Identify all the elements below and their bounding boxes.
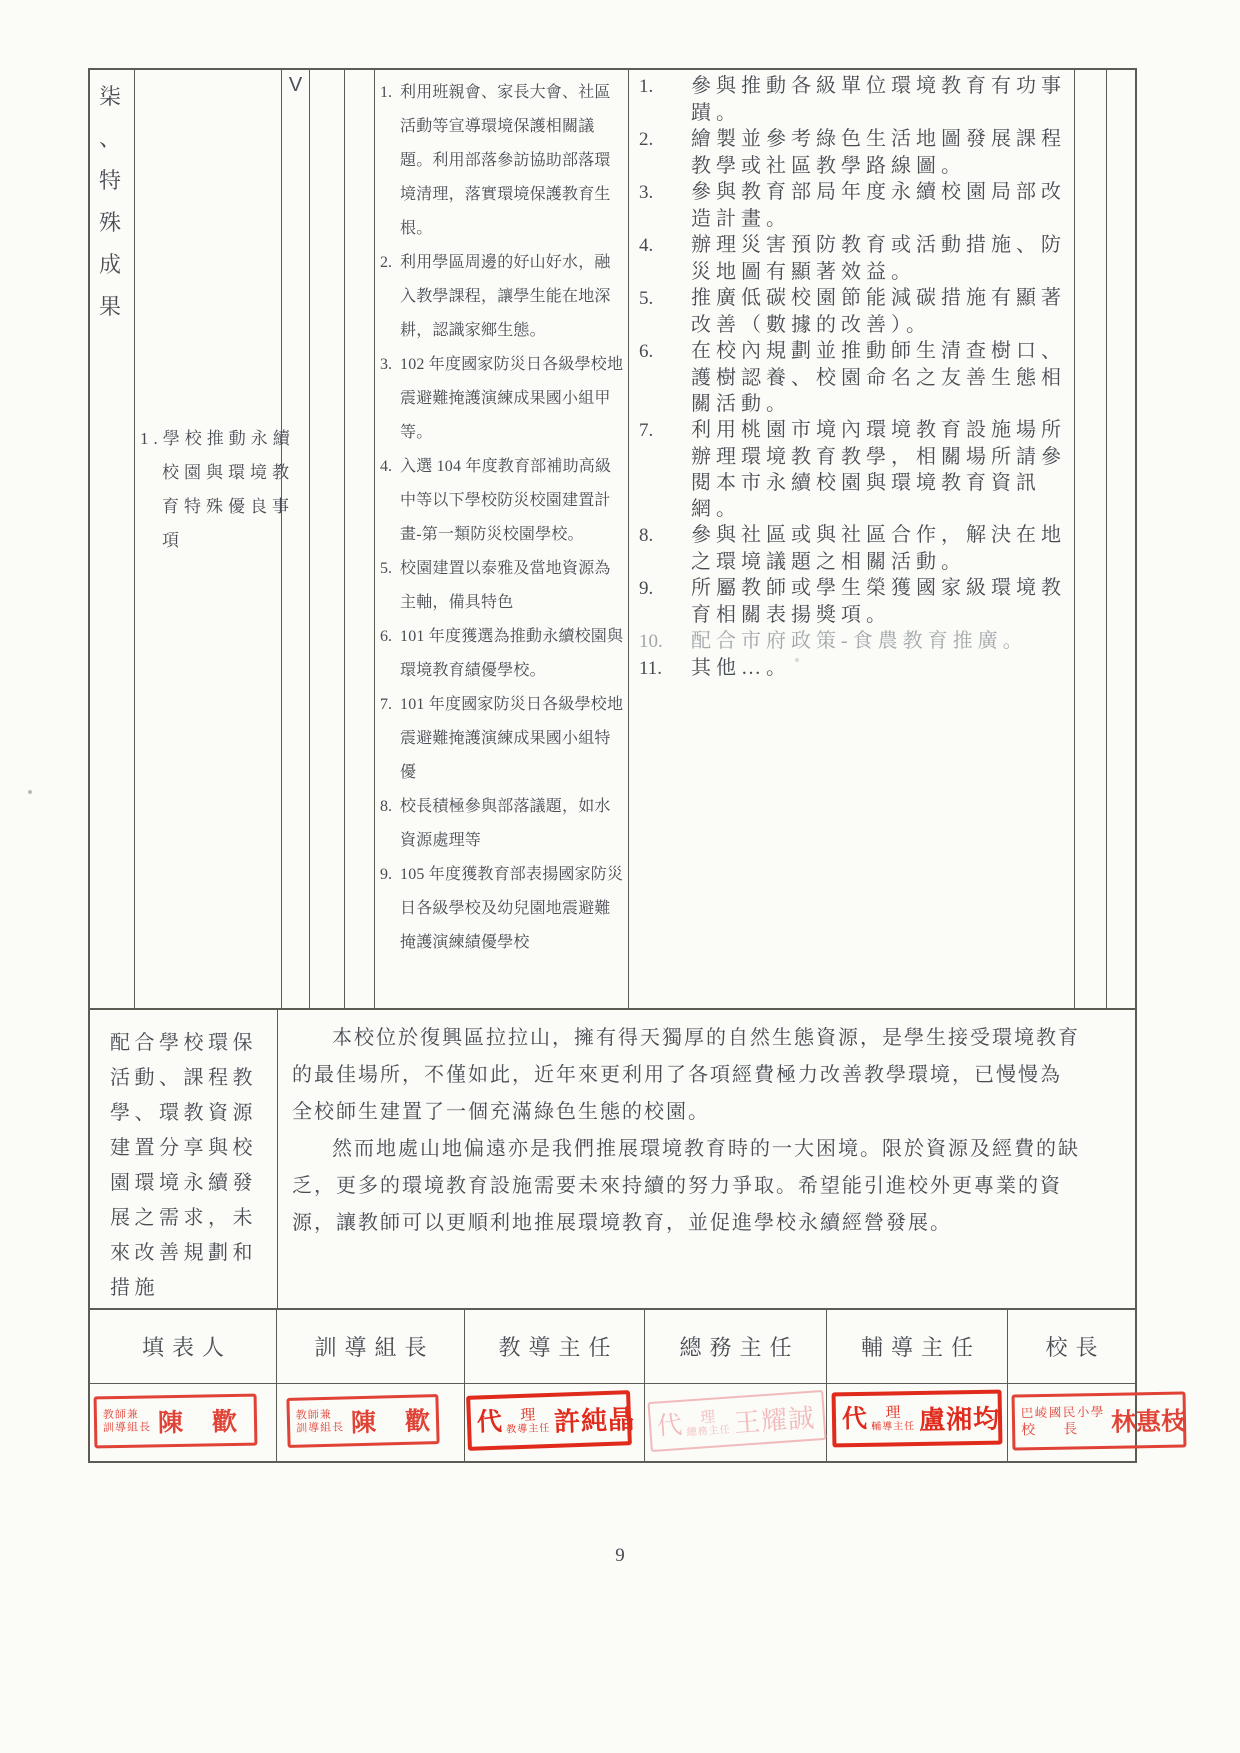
list-item: 7.利用桃園市境內環境教育設施場所辦理環境教育教學，相關場所請參閱本市永續校園與… [639,417,1070,522]
stamp-cell-counseling-director: 代 理 輔導主任 盧湘均 [827,1384,1008,1461]
header-form-filler: 填表人 [90,1310,277,1383]
stamp-title: 總務主任 [686,1424,731,1438]
list-item: 11.其他…。 [639,655,1070,682]
stamp-acting-char-2: 理 [700,1409,716,1426]
list-item: 8.參與社區或與社區合作，解決在地之環境議題之相關活動。 [639,522,1070,575]
signature-header-row: 填表人 訓導組長 教導主任 總務主任 輔導主任 校長 [90,1310,1135,1384]
item-text: 參與推動各級單位環境教育有功事蹟。 [691,75,1066,124]
stamp-school-name: 巴崚國民小學 [1021,1403,1105,1420]
item-text: 推廣低碳校園節能減碳措施有顯著改善（數據的改善）。 [691,287,1066,336]
improvement-plan-label: 配合學校環保活動、課程教學、環教資源建置分享與校園環境永續發展之需求，未來改善規… [90,1010,268,1306]
list-item: 9.所屬教師或學生榮獲國家級環境教育相關表揚獎項。 [639,575,1070,628]
lin-huizhi-stamp: 巴崚國民小學 校 長 林惠枝 [1012,1391,1187,1450]
item-number: 9. [380,858,400,892]
item-number: 3. [380,348,400,382]
rating-empty-cell-2 [345,70,375,1008]
item-number: 4. [639,233,691,259]
stamp-title-block: 理 總務主任 [685,1408,731,1438]
item-number: 7. [380,688,400,722]
stamp-cell-form-filler: 教師兼 訓導組長 陳 歡 [90,1384,277,1461]
section-title-cell: 柒、特殊成果 [90,70,135,1008]
stamp-acting-char: 代 [842,1407,867,1432]
special-results-row: 柒、特殊成果 1.學校推動永續校園與環境教育特殊優良事項 V 1.利用班親會、家… [90,70,1135,1010]
list-item: 3.參與教育部局年度永續校園局部改造計畫。 [639,179,1070,232]
item-number: 1. [639,74,691,100]
scanned-form-page: 柒、特殊成果 1.學校推動永續校園與環境教育特殊優良事項 V 1.利用班親會、家… [0,0,1240,1753]
list-item: 2.繪製並參考綠色生活地圖發展課程教學或社區教學路線圖。 [639,126,1070,179]
item-label: 1.學校推動永續校園與環境教育特殊優良事項 [140,422,298,558]
list-item: 1.利用班親會、家長大會、社區活動等宣導環境保護相關議題。利用部落參訪協助部落環… [380,76,626,246]
stamp-acting-char: 代 [477,1410,503,1436]
item-number: 8. [639,523,691,549]
stamp-unit-line1: 教師兼 [296,1409,344,1423]
item-text: 繪製並參考綠色生活地圖發展課程教學或社區教學路線圖。 [691,128,1066,177]
page-number: 9 [0,1545,1240,1567]
stamp-cell-general-affairs: 代 理 總務主任 王耀誠 [645,1384,827,1461]
list-item: 4.辦理災害預防教育或活動措施、防災地圖有顯著效益。 [639,232,1070,285]
item-text: 入選 104 年度教育部補助高級中等以下學校防災校園建置計畫-第一類防災校園學校… [400,458,611,543]
item-text: 校園建置以泰雅及當地資源為主軸，備具特色 [400,560,611,611]
list-item: 8.校長積極參與部落議題，如水資源處理等 [380,790,626,858]
improvement-plan-label-cell: 配合學校環保活動、課程教學、環教資源建置分享與校園環境永續發展之需求，未來改善規… [90,1010,278,1308]
list-item: 3.102 年度國家防災日各級學校地震避難掩護演練成果國小組甲等。 [380,348,626,450]
item-text: 102 年度國家防災日各級學校地震避難掩護演練成果國小組甲等。 [400,356,623,441]
stamp-title-block: 理 輔導主任 [871,1405,915,1433]
stamp-acting-char-2: 理 [885,1405,900,1421]
paragraph: 本校位於復興區拉拉山，擁有得天獨厚的自然生態資源，是學生接受環境教育的最佳場所，… [292,1020,1082,1131]
stamp-cell-principal: 巴崚國民小學 校 長 林惠枝 [1008,1384,1135,1461]
item-text: 其他…。 [691,657,791,679]
list-item: 1.參與推動各級單位環境教育有功事蹟。 [639,73,1070,126]
improvement-plan-row: 配合學校環保活動、課程教學、環教資源建置分享與校園環境永續發展之需求，未來改善規… [90,1010,1135,1310]
criteria-cell: 1.參與推動各級單位環境教育有功事蹟。 2.繪製並參考綠色生活地圖發展課程教學或… [629,70,1075,1008]
stamp-title: 輔導主任 [871,1421,915,1433]
criteria-list: 1.參與推動各級單位環境教育有功事蹟。 2.繪製並參考綠色生活地圖發展課程教學或… [629,70,1074,682]
signature-stamp-row: 教師兼 訓導組長 陳 歡 教師兼 訓導組長 陳 歡 代 [90,1384,1135,1461]
list-item: 10.配合市府政策-食農教育推廣。 [639,628,1070,655]
item-number: 8. [380,790,400,824]
item-number: 7. [639,418,691,444]
stamp-name: 陳 歡 [158,1402,240,1439]
item-text: 所屬教師或學生榮獲國家級環境教育相關表揚獎項。 [691,577,1066,626]
stamp-school-block: 巴崚國民小學 校 長 [1021,1403,1106,1439]
stamp-acting-char-2: 理 [520,1407,536,1424]
stamp-cell-academic-director: 代 理 教導主任 許純晶 [465,1384,645,1461]
scan-speck [28,790,32,794]
item-number: 4. [380,450,400,484]
checkmark: V [282,70,309,97]
item-number: 10. [639,629,691,655]
stamp-unit-label: 教師兼 訓導組長 [103,1408,151,1435]
item-text: 利用學區周邊的好山好水，融入教學課程，讓學生能在地深耕，認識家鄉生態。 [400,254,611,339]
chen-huan-stamp: 教師兼 訓導組長 陳 歡 [286,1394,439,1448]
stamp-unit-line2: 訓導組長 [296,1421,344,1435]
item-text: 校長積極參與部落議題，如水資源處理等 [400,798,611,849]
item-number: 2. [380,246,400,280]
item-number: 5. [380,552,400,586]
item-text: 101 年度國家防災日各級學校地震避難掩護演練成果國小組特優 [400,696,623,781]
item-number: 11. [639,656,691,682]
list-item: 6.101 年度獲選為推動永續校園與環境教育績優學校。 [380,620,626,688]
list-item: 4.入選 104 年度教育部補助高級中等以下學校防災校園建置計畫-第一類防災校園… [380,450,626,552]
wang-yaocheng-stamp: 代 理 總務主任 王耀誠 [647,1390,826,1452]
stamp-unit-line1: 教師兼 [103,1408,151,1422]
item-number: 1. [380,76,400,110]
empty-column-1 [1075,70,1107,1008]
evaluation-table: 柒、特殊成果 1.學校推動永續校園與環境教育特殊優良事項 V 1.利用班親會、家… [88,68,1137,1463]
empty-column-2 [1107,70,1135,1008]
stamp-title: 教導主任 [506,1423,550,1436]
list-item: 6.在校內規劃並推動師生清查樹口、護樹認養、校園命名之友善生態相關活動。 [639,338,1070,417]
xu-chunjing-stamp: 代 理 教導主任 許純晶 [466,1390,632,1451]
item-text: 101 年度獲選為推動永續校園與環境教育績優學校。 [400,628,623,679]
lu-xiangjun-stamp: 代 理 輔導主任 盧湘均 [832,1390,1003,1448]
stamp-name: 林惠枝 [1111,1401,1187,1438]
rating-empty-cell-1 [310,70,345,1008]
item-text: 在校內規劃並推動師生清查樹口、護樹認養、校園命名之友善生態相關活動。 [691,340,1066,415]
item-text: 利用班親會、家長大會、社區活動等宣導環境保護相關議題。利用部落參訪協助部落環境清… [400,84,611,237]
item-number: 6. [380,620,400,654]
stamp-cell-discipline-leader: 教師兼 訓導組長 陳 歡 [277,1384,465,1461]
improvement-plan-body-cell: 本校位於復興區拉拉山，擁有得天獨厚的自然生態資源，是學生接受環境教育的最佳場所，… [278,1010,1135,1308]
item-text: 辦理災害預防教育或活動措施、防災地圖有顯著效益。 [691,234,1066,283]
stamp-name: 盧湘均 [919,1399,1001,1437]
stamp-name: 王耀誠 [733,1397,816,1440]
rating-check-cell: V [282,70,310,1008]
list-item: 5.校園建置以泰雅及當地資源為主軸，備具特色 [380,552,626,620]
list-item: 7.101 年度國家防災日各級學校地震避難掩護演練成果國小組特優 [380,688,626,790]
header-discipline-leader: 訓導組長 [277,1310,465,1383]
item-number: 6. [639,339,691,365]
improvement-plan-body: 本校位於復興區拉拉山，擁有得天獨厚的自然生態資源，是學生接受環境教育的最佳場所，… [278,1010,1135,1242]
item-text: 參與教育部局年度永續校園局部改造計畫。 [691,181,1066,230]
list-item: 2.利用學區周邊的好山好水，融入教學課程，讓學生能在地深耕，認識家鄉生態。 [380,246,626,348]
section-title: 柒、特殊成果 [99,76,125,328]
stamp-title: 校 長 [1021,1419,1105,1439]
header-counseling-director: 輔導主任 [827,1310,1008,1383]
item-text: 利用桃園市境內環境教育設施場所辦理環境教育教學，相關場所請參閱本市永續校園與環境… [691,419,1066,520]
paragraph: 然而地處山地偏遠亦是我們推展環境教育時的一大困境。限於資源及經費的缺乏，更多的環… [292,1131,1082,1242]
item-number: 5. [639,286,691,312]
header-academic-director: 教導主任 [465,1310,645,1383]
item-number: 2. [639,127,691,153]
item-number: 9. [639,576,691,602]
header-principal: 校長 [1008,1310,1135,1383]
school-achievements-list: 1.利用班親會、家長大會、社區活動等宣導環境保護相關議題。利用部落參訪協助部落環… [375,70,628,960]
item-text: 參與社區或與社區合作，解決在地之環境議題之相關活動。 [691,524,1066,573]
item-label-cell: 1.學校推動永續校園與環境教育特殊優良事項 [135,70,282,1008]
item-text: 配合市府政策-食農教育推廣。 [691,630,1028,652]
stamp-name: 陳 歡 [351,1401,433,1439]
item-number: 3. [639,180,691,206]
stamp-title-block: 理 教導主任 [506,1407,551,1436]
list-item: 9.105 年度獲教育部表揚國家防災日各級學校及幼兒園地震避難掩護演練績優學校 [380,858,626,960]
item-text: 105 年度獲教育部表揚國家防災日各級學校及幼兒園地震避難掩護演練績優學校 [400,866,623,951]
chen-huan-stamp: 教師兼 訓導組長 陳 歡 [94,1394,258,1449]
scan-speck [795,658,799,662]
school-achievements-cell: 1.利用班親會、家長大會、社區活動等宣導環境保護相關議題。利用部落參訪協助部落環… [375,70,629,1008]
stamp-unit-line2: 訓導組長 [103,1421,151,1435]
stamp-name: 許純晶 [553,1399,635,1439]
stamp-unit-label: 教師兼 訓導組長 [296,1409,345,1436]
header-general-affairs-director: 總務主任 [645,1310,827,1383]
list-item: 5.推廣低碳校園節能減碳措施有顯著改善（數據的改善）。 [639,285,1070,338]
stamp-acting-char: 代 [656,1412,683,1439]
